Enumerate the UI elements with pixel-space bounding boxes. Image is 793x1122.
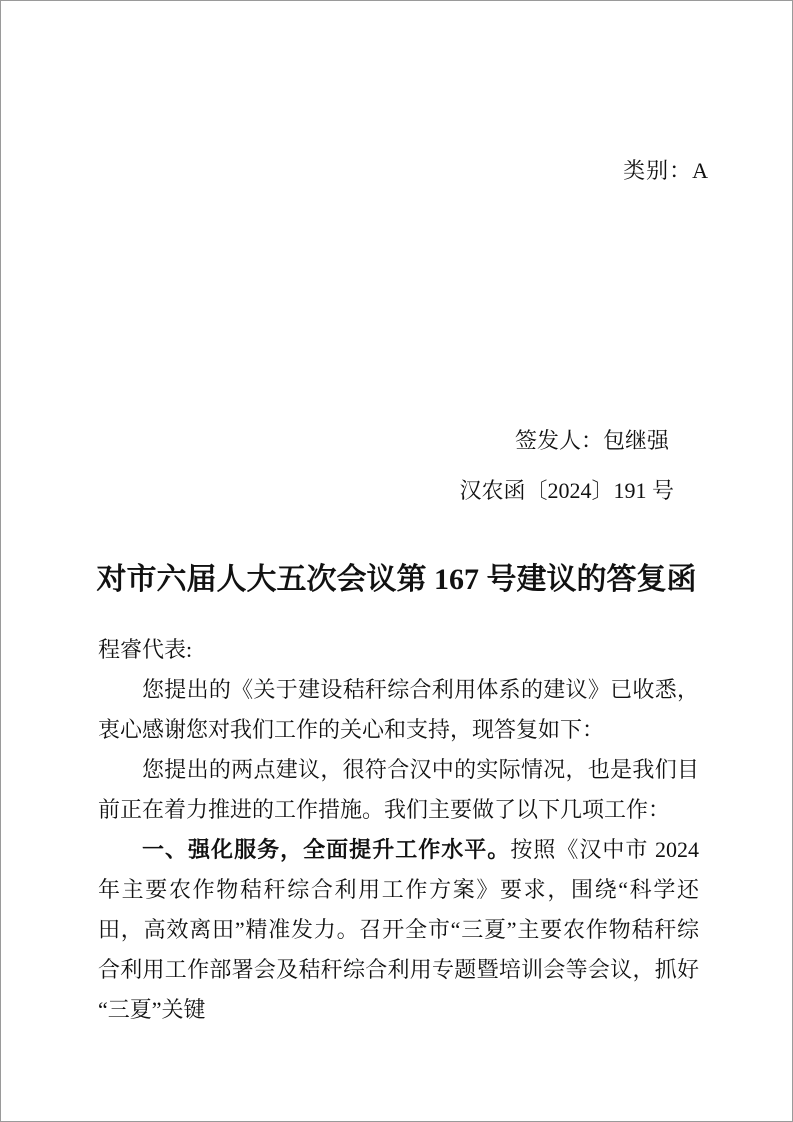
section-one-heading: 一、强化服务，全面提升工作水平。: [142, 837, 510, 862]
paragraph-text: 您提出的《关于建设秸秆综合利用体系的建议》已收悉，衷心感谢您对我们工作的关心和支…: [98, 677, 699, 742]
paragraph-context: 您提出的两点建议，很符合汉中的实际情况，也是我们目前正在着力推进的工作措施。我们…: [98, 750, 699, 830]
salutation: 程睿代表:: [98, 630, 699, 670]
doc-number: 汉农函〔2024〕191 号: [459, 474, 674, 505]
category-label: 类别：A: [623, 154, 709, 185]
signer-line: 签发人：包继强: [515, 424, 669, 455]
paragraph-text: 按照《汉中市 2024 年主要农作物秸秆综合利用工作方案》要求，围绕“科学还田，…: [98, 837, 699, 1022]
paragraph-section-one: 一、强化服务，全面提升工作水平。按照《汉中市 2024 年主要农作物秸秆综合利用…: [98, 830, 699, 1030]
document-title: 对市六届人大五次会议第 167 号建议的答复函: [1, 557, 792, 603]
salutation-text: 程睿代表:: [98, 637, 192, 662]
document-page: 类别：A 签发人：包继强 汉农函〔2024〕191 号 对市六届人大五次会议第 …: [0, 0, 793, 1122]
document-body: 程睿代表: 您提出的《关于建设秸秆综合利用体系的建议》已收悉，衷心感谢您对我们工…: [98, 630, 699, 1030]
paragraph-text: 您提出的两点建议，很符合汉中的实际情况，也是我们目前正在着力推进的工作措施。我们…: [98, 757, 699, 822]
paragraph-acknowledgement: 您提出的《关于建设秸秆综合利用体系的建议》已收悉，衷心感谢您对我们工作的关心和支…: [98, 670, 699, 750]
